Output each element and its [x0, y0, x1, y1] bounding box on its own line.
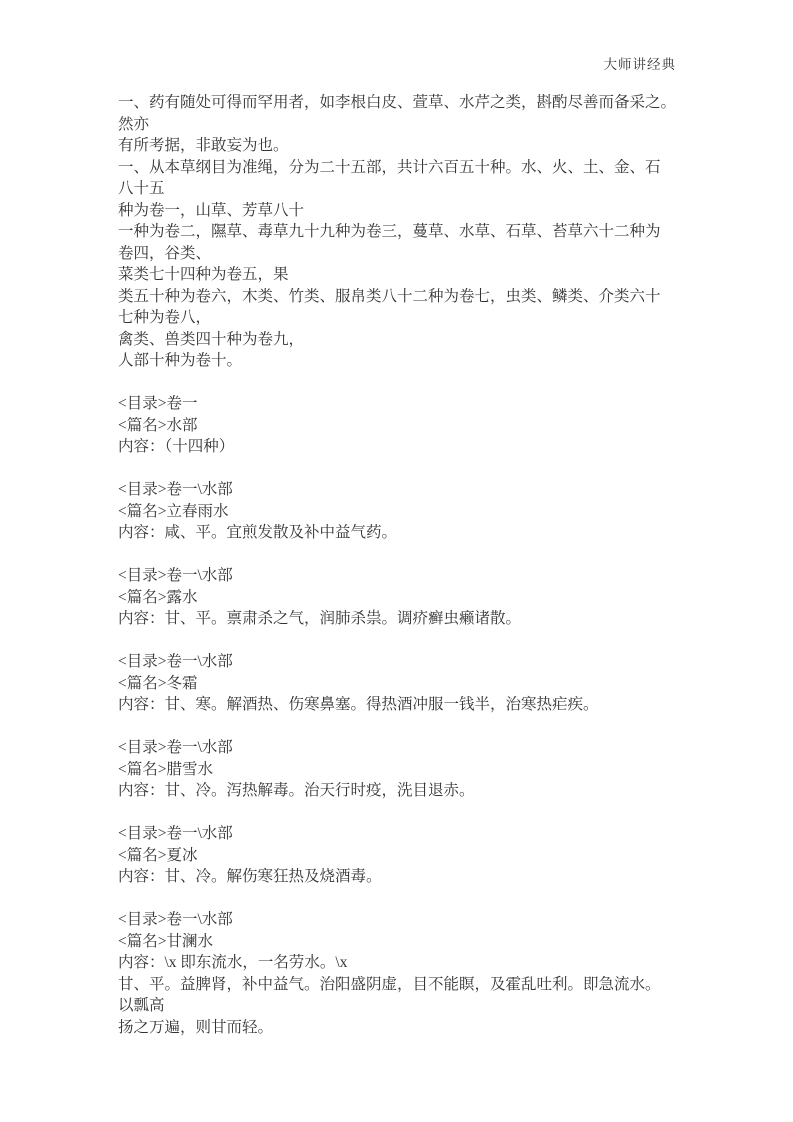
text-line: 类五十种为卷六，木类、竹类、服帛类八十二种为卷七，虫类、鳞类、介类六十 [118, 286, 680, 308]
text-line: 以瓢高 [118, 995, 680, 1017]
text-line: 菜类七十四种为卷五，果 [118, 264, 680, 286]
page-header-title: 大师讲经典 [0, 56, 676, 74]
text-line: 八十五 [118, 178, 680, 200]
text-line: <篇名>冬霜 [118, 673, 680, 695]
section-block: <目录>卷一\水部<篇名>夏冰内容：甘、冷。解伤寒狂热及烧酒毒。 [118, 823, 680, 888]
text-line: 七种为卷八， [118, 307, 680, 329]
text-line: 内容：甘、冷。泻热解毒。治天行时疫，洗目退赤。 [118, 780, 680, 802]
text-line: 然亦 [118, 114, 680, 136]
document-body: 一、药有随处可得而罕用者，如李根白皮、萱草、水芹之类，斟酌尽善而备采之。然亦有所… [118, 92, 680, 1060]
text-line: <目录>卷一\水部 [118, 737, 680, 759]
sections-container: <目录>卷一<篇名>水部内容：（十四种）<目录>卷一\水部<篇名>立春雨水内容：… [118, 393, 680, 1038]
text-line: 内容：甘、冷。解伤寒狂热及烧酒毒。 [118, 866, 680, 888]
text-line: 甘、平。益脾肾，补中益气。治阳盛阴虚，目不能瞑，及霍乱吐利。即急流水。 [118, 974, 680, 996]
text-line: 卷四，谷类、 [118, 243, 680, 265]
text-line: 一、从本草纲目为准绳，分为二十五部，共计六百五十种。水、火、土、金、石 [118, 157, 680, 179]
text-line: 内容：咸、平。宜煎发散及补中益气药。 [118, 522, 680, 544]
text-line: <篇名>腊雪水 [118, 759, 680, 781]
section-block: <目录>卷一\水部<篇名>甘澜水内容：\x 即东流水，一名劳水。\x甘、平。益脾… [118, 909, 680, 1038]
text-line: <篇名>立春雨水 [118, 501, 680, 523]
text-line: <篇名>甘澜水 [118, 931, 680, 953]
text-line: <篇名>水部 [118, 415, 680, 437]
intro-paragraph: 一、药有随处可得而罕用者，如李根白皮、萱草、水芹之类，斟酌尽善而备采之。然亦有所… [118, 92, 680, 372]
text-line: 种为卷一，山草、芳草八十 [118, 200, 680, 222]
text-line: 内容：甘、平。禀肃杀之气，润肺杀祟。调疥癣虫癞诸散。 [118, 608, 680, 630]
section-block: <目录>卷一\水部<篇名>冬霜内容：甘、寒。解酒热、伤寒鼻塞。得热酒冲服一钱半，… [118, 651, 680, 716]
text-line: 人部十种为卷十。 [118, 350, 680, 372]
section-block: <目录>卷一<篇名>水部内容：（十四种） [118, 393, 680, 458]
text-line: <目录>卷一\水部 [118, 651, 680, 673]
section-block: <目录>卷一\水部<篇名>露水内容：甘、平。禀肃杀之气，润肺杀祟。调疥癣虫癞诸散… [118, 565, 680, 630]
text-line: <目录>卷一\水部 [118, 823, 680, 845]
document-page: 大师讲经典 一、药有随处可得而罕用者，如李根白皮、萱草、水芹之类，斟酌尽善而备采… [0, 0, 793, 1122]
text-line: 内容：甘、寒。解酒热、伤寒鼻塞。得热酒冲服一钱半，治寒热疟疾。 [118, 694, 680, 716]
section-block: <目录>卷一\水部<篇名>腊雪水内容：甘、冷。泻热解毒。治天行时疫，洗目退赤。 [118, 737, 680, 802]
text-line: 一种为卷二，隰草、毒草九十九种为卷三，蔓草、水草、石草、苔草六十二种为 [118, 221, 680, 243]
text-line: 内容：\x 即东流水，一名劳水。\x [118, 952, 680, 974]
text-line: 禽类、兽类四十种为卷九， [118, 329, 680, 351]
text-line: <目录>卷一\水部 [118, 479, 680, 501]
text-line: <目录>卷一\水部 [118, 565, 680, 587]
text-line: 扬之万遍，则甘而轻。 [118, 1017, 680, 1039]
text-line: <目录>卷一 [118, 393, 680, 415]
text-line: 内容：（十四种） [118, 436, 680, 458]
text-line: <篇名>夏冰 [118, 845, 680, 867]
section-block: <目录>卷一\水部<篇名>立春雨水内容：咸、平。宜煎发散及补中益气药。 [118, 479, 680, 544]
text-line: <篇名>露水 [118, 587, 680, 609]
text-line: 有所考据，非敢妄为也。 [118, 135, 680, 157]
text-line: <目录>卷一\水部 [118, 909, 680, 931]
text-line: 一、药有随处可得而罕用者，如李根白皮、萱草、水芹之类，斟酌尽善而备采之。 [118, 92, 680, 114]
